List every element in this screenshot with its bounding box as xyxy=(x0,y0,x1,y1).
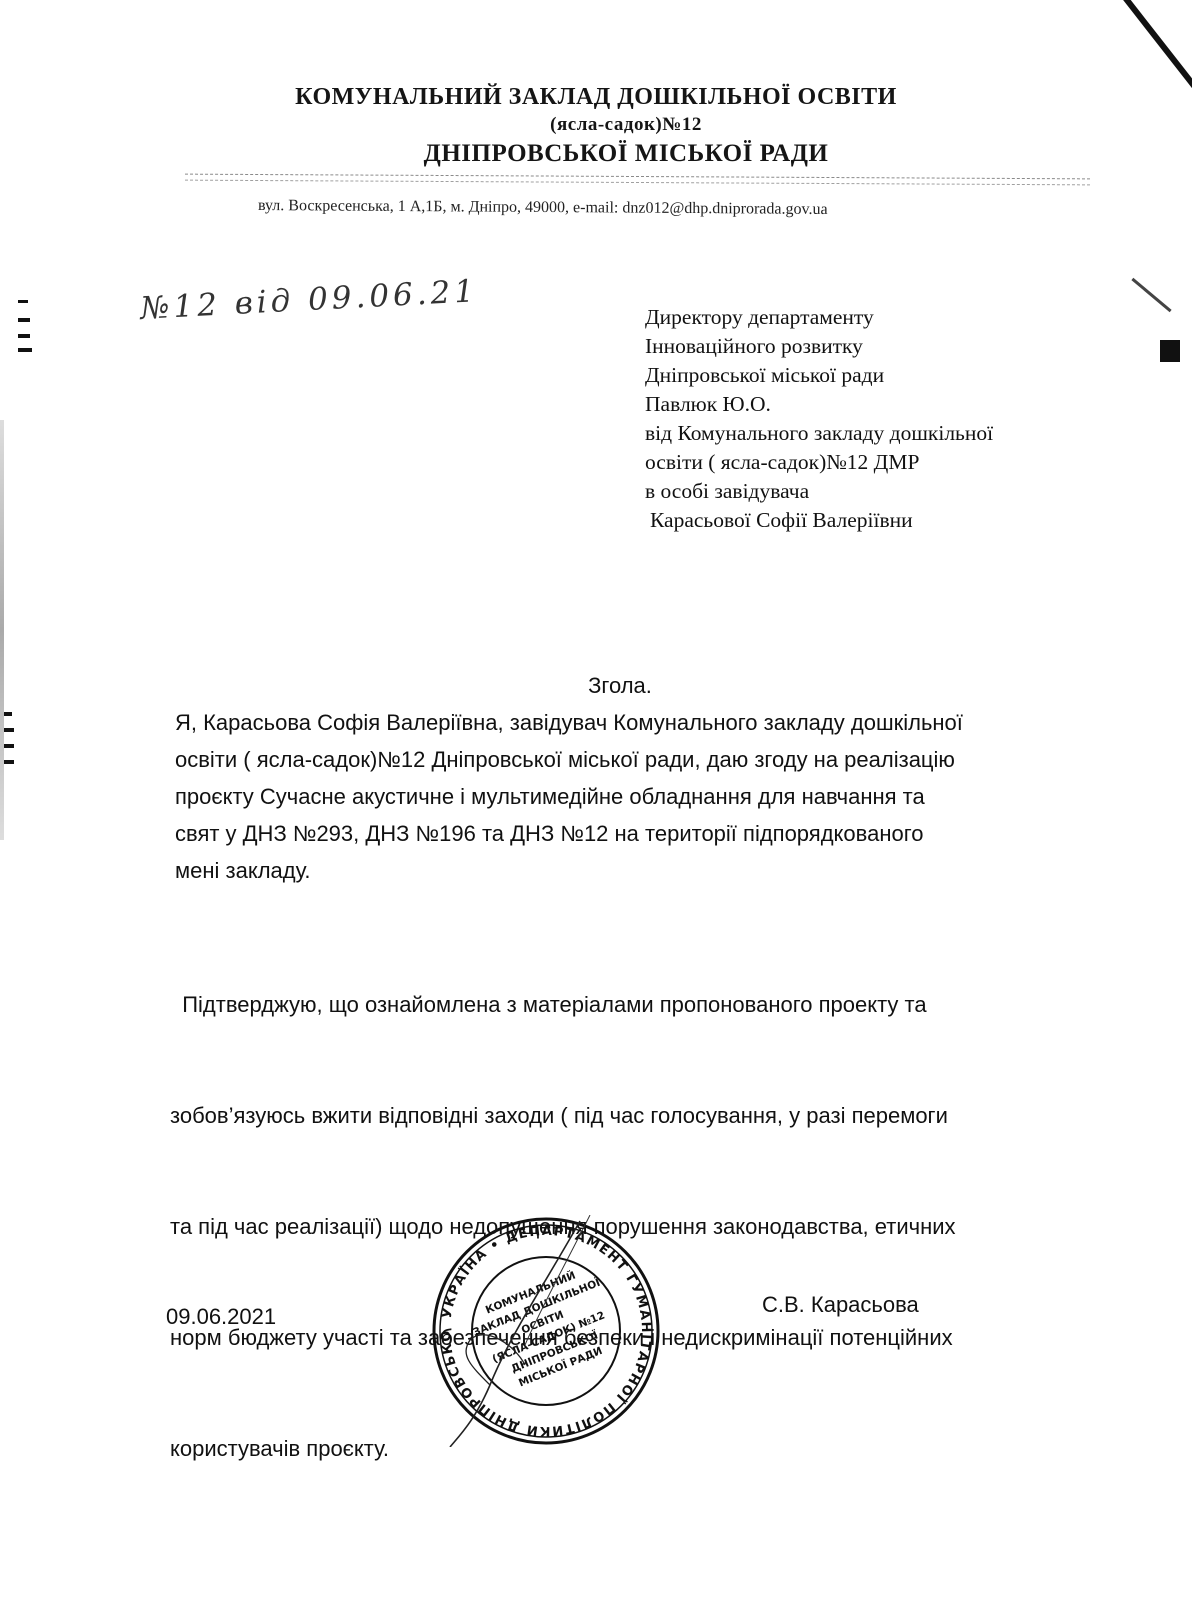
scan-edge-mark xyxy=(1120,0,1192,91)
paragraph-line: освіти ( ясла-садок)№12 Дніпровської міс… xyxy=(175,741,963,778)
official-stamp: УКРАЇНА • ДЕПАРТАМЕНТ ГУМАНІТАРНОЇ ПОЛІТ… xyxy=(430,1215,662,1447)
scan-edge-mark xyxy=(18,300,28,303)
letterhead-institution-type: (ясла-садок)№12 xyxy=(30,114,1192,136)
letterhead-institution-name: КОМУНАЛЬНИЙ ЗАКЛАД ДОШКІЛЬНОЇ ОСВІТИ xyxy=(0,84,1192,111)
consent-paragraph: Я, Карасьова Софія Валеріївна, завідувач… xyxy=(175,704,963,889)
paragraph-line: мені закладу. xyxy=(175,852,963,889)
scan-edge-shadow xyxy=(0,420,4,840)
scan-edge-mark xyxy=(18,334,30,338)
letterhead-divider xyxy=(185,180,1090,186)
document-title: Згола. xyxy=(0,673,1192,699)
addressee-line: Карасьової Софії Валеріївни xyxy=(645,506,993,535)
handwritten-registration-number: №12 від 09.06.21 xyxy=(139,273,479,327)
addressee-block: Директору департаменту Інноваційного роз… xyxy=(645,303,993,535)
addressee-line: в особі завідувача xyxy=(645,477,993,506)
scan-edge-mark xyxy=(1160,340,1180,362)
letterhead-city-council: ДНІПРОВСЬКОЇ МІСЬКОЇ РАДИ xyxy=(30,140,1192,168)
paragraph-line: Підтверджую, що ознайомлена з матеріалам… xyxy=(170,986,956,1023)
paragraph-line: зобов’язуюсь вжити відповідні заходи ( п… xyxy=(170,1097,956,1134)
paragraph-line: проєкту Сучасне акустичне і мультимедійн… xyxy=(175,778,963,815)
addressee-line: Інноваційного розвитку xyxy=(645,332,993,361)
letterhead-address: вул. Воскресенська, 1 А,1Б, м. Дніпро, 4… xyxy=(258,197,828,219)
scan-edge-mark xyxy=(18,348,32,352)
addressee-line: освіти ( ясла-садок)№12 ДМР xyxy=(645,448,993,477)
addressee-line: Директору департаменту xyxy=(645,303,993,332)
signature-date: 09.06.2021 xyxy=(166,1304,276,1330)
scan-edge-mark xyxy=(1131,278,1171,312)
paragraph-line: Я, Карасьова Софія Валеріївна, завідувач… xyxy=(175,704,963,741)
stamp-seal-icon: УКРАЇНА • ДЕПАРТАМЕНТ ГУМАНІТАРНОЇ ПОЛІТ… xyxy=(430,1215,662,1447)
addressee-line: Павлюк Ю.О. xyxy=(645,390,993,419)
addressee-line: Дніпровської міської ради xyxy=(645,361,993,390)
signer-name: С.В. Карасьова xyxy=(762,1292,919,1318)
paragraph-line: свят у ДНЗ №293, ДНЗ №196 та ДНЗ №12 на … xyxy=(175,815,963,852)
addressee-line: від Комунального закладу дошкільної xyxy=(645,419,993,448)
document-page: КОМУНАЛЬНИЙ ЗАКЛАД ДОШКІЛЬНОЇ ОСВІТИ (яс… xyxy=(0,0,1192,1600)
scan-edge-mark xyxy=(18,318,30,322)
letterhead-divider xyxy=(185,174,1090,180)
